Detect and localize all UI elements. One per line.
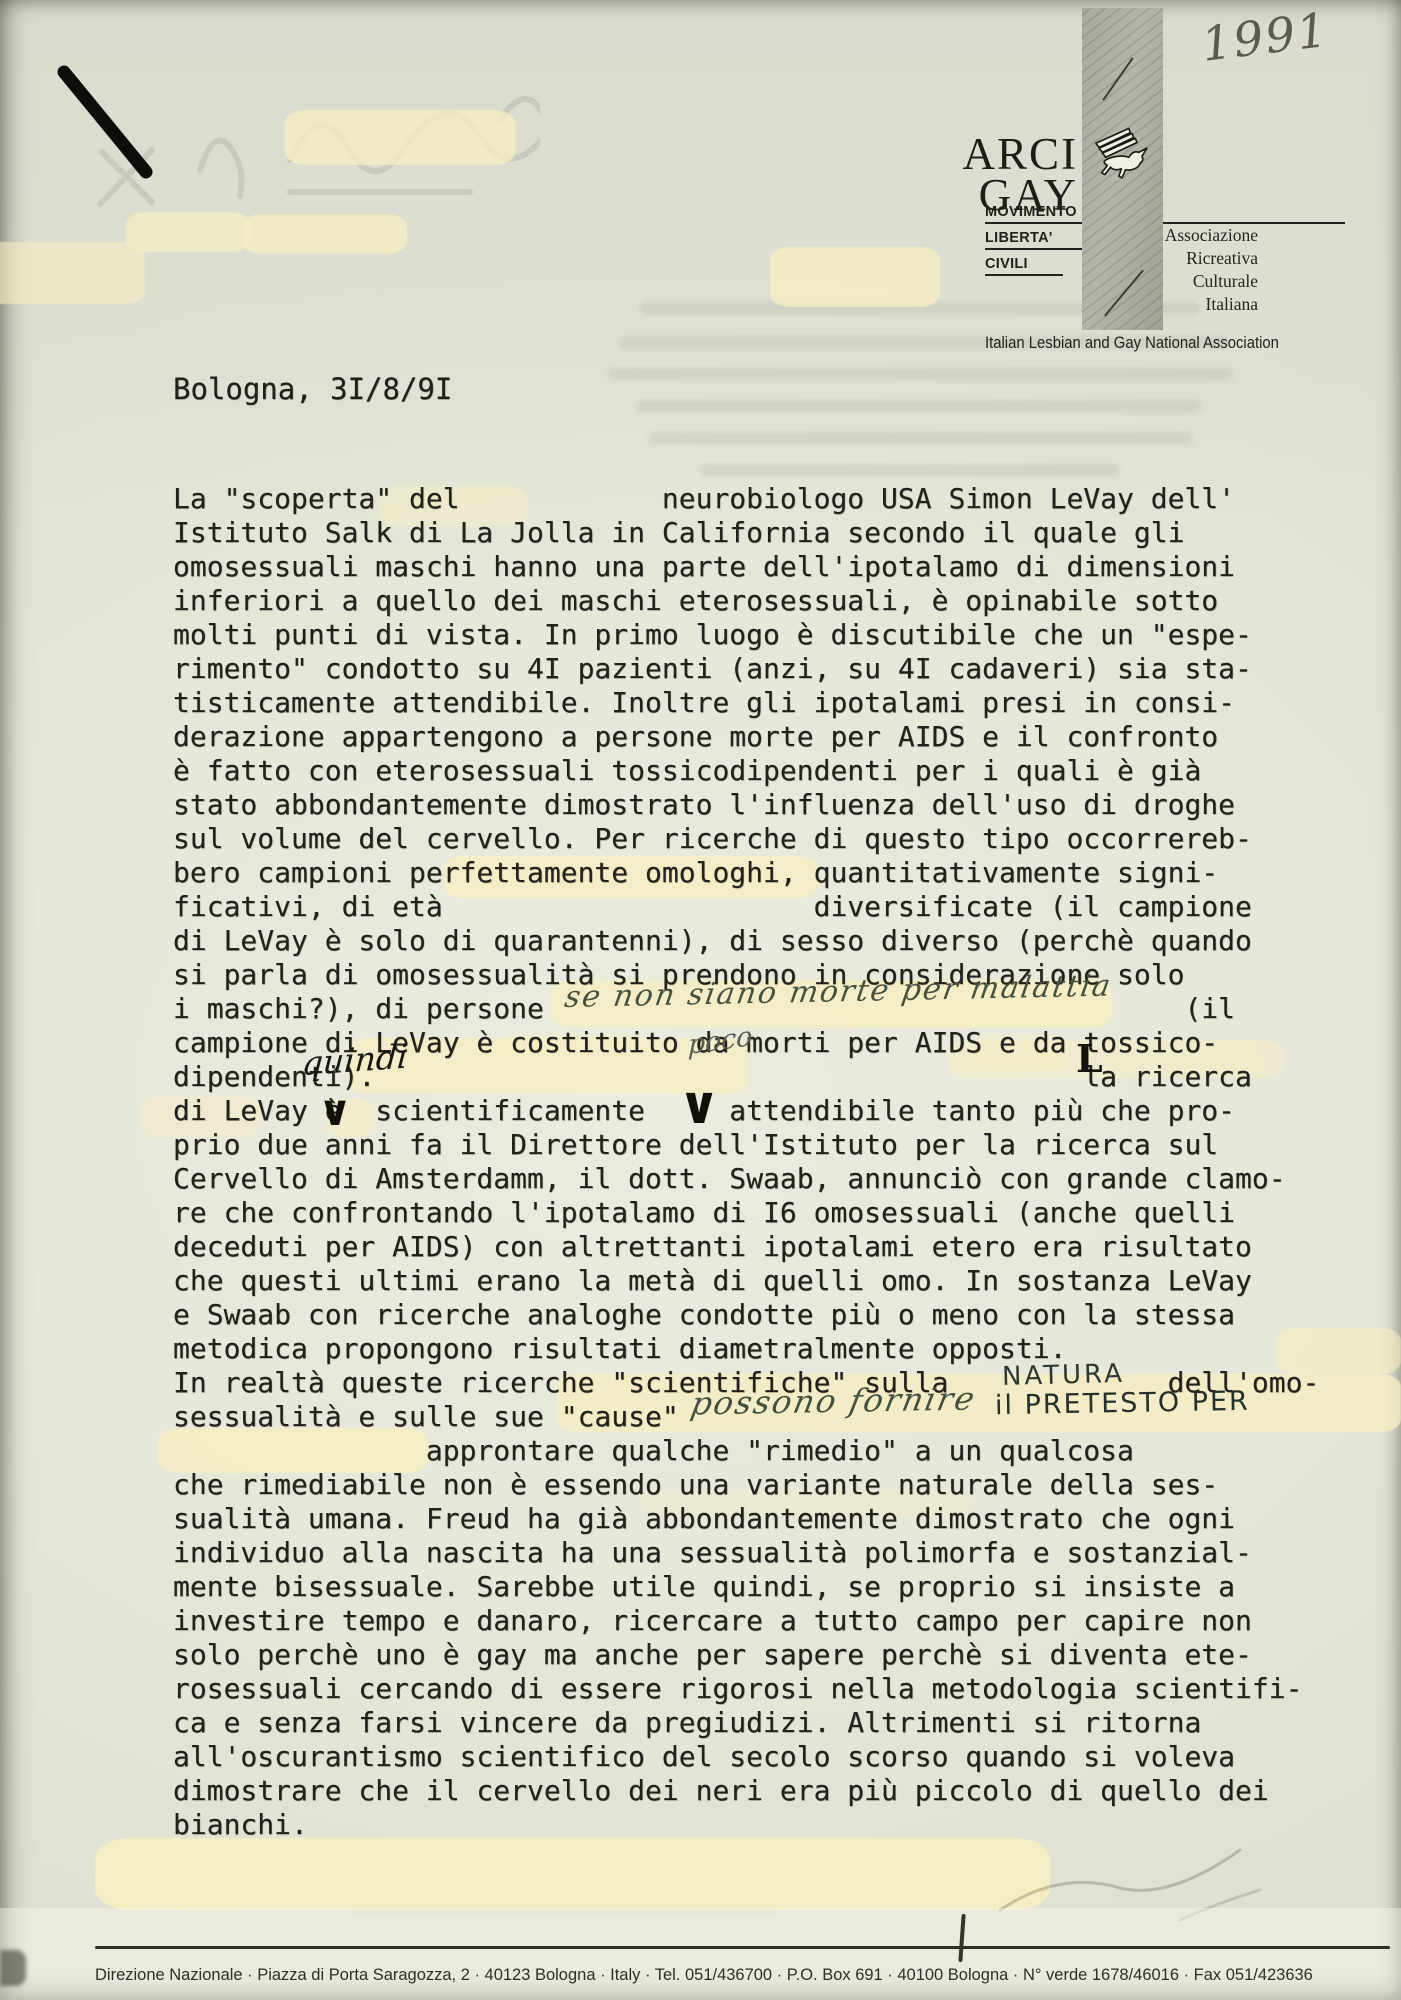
movement-line: LIBERTA' bbox=[985, 230, 1085, 250]
typed-line: di LeVay è solo di quarantenni), di sess… bbox=[173, 924, 1319, 958]
typed-line: Istituto Salk di La Jolla in California … bbox=[173, 516, 1319, 550]
typed-line: rosessuali cercando di essere rigorosi n… bbox=[173, 1672, 1319, 1706]
handwritten-quindi: quindi bbox=[301, 1036, 409, 1083]
english-subtitle: Italian Lesbian and Gay National Associa… bbox=[985, 334, 1279, 353]
whiteout-mark bbox=[126, 212, 251, 252]
typed-line: che rimediabile non è essendo una varian… bbox=[173, 1468, 1319, 1502]
typed-line: Cervello di Amsterdamm, il dott. Swaab, … bbox=[173, 1162, 1319, 1196]
handwritten-cause-caps: il PRETESTO PER bbox=[995, 1386, 1250, 1421]
typed-line: approntare qualche "rimedio" a un qualco… bbox=[173, 1434, 1319, 1468]
whiteout-mark bbox=[770, 247, 940, 307]
movement-labels: MOVIMENTO LIBERTA' CIVILI bbox=[985, 204, 1085, 282]
association-line: Associazione bbox=[1140, 224, 1258, 247]
typed-line: sul volume del cervello. Per ricerche di… bbox=[173, 822, 1319, 856]
org-name-line1: ARCI bbox=[930, 134, 1078, 175]
footer-address: Direzione Nazionale · Piazza di Porta Sa… bbox=[95, 1965, 1313, 1985]
insertion-caret: ∨ bbox=[678, 1076, 720, 1136]
typed-line: La "scoperta" del neurobiologo USA Simon… bbox=[173, 482, 1319, 516]
typed-line: ficativi, di età diversificate (il campi… bbox=[173, 890, 1319, 924]
bleedthrough-line bbox=[648, 432, 1193, 445]
bleedthrough-line bbox=[636, 400, 1201, 413]
typed-line: sualità umana. Freud ha già abbondanteme… bbox=[173, 1502, 1319, 1536]
pegasus-icon bbox=[1086, 118, 1160, 190]
typed-line: stato abbondantemente dimostrato l'influ… bbox=[173, 788, 1319, 822]
typed-line: bero campioni perfettamente omologhi, qu… bbox=[173, 856, 1319, 890]
association-line: Ricreativa bbox=[1140, 247, 1258, 270]
association-line: Italiana bbox=[1140, 293, 1258, 316]
typed-line: rimento" condotto su 4I pazienti (anzi, … bbox=[173, 652, 1319, 686]
letter-body: La "scoperta" del neurobiologo USA Simon… bbox=[173, 482, 1319, 1842]
association-name: Associazione Ricreativa Culturale Italia… bbox=[1140, 224, 1258, 316]
whiteout-mark bbox=[242, 214, 407, 254]
typed-line: individuo alla nascita ha una sessualità… bbox=[173, 1536, 1319, 1570]
whiteout-mark bbox=[0, 242, 145, 304]
typed-line: inferiori a quello dei maschi eterosessu… bbox=[173, 584, 1319, 618]
scanned-letter-page: ARCI GAY MOVIMENTO LIBERTA' CIVILI Assoc… bbox=[0, 0, 1401, 2000]
typed-line: derazione appartengono a persone morte p… bbox=[173, 720, 1319, 754]
typed-line: metodica propongono risultati diametralm… bbox=[173, 1332, 1319, 1366]
handwritten-year: 1991 bbox=[1199, 3, 1332, 73]
footer-rule bbox=[95, 1946, 1390, 1949]
movement-line: CIVILI bbox=[985, 256, 1063, 276]
footer-strip bbox=[0, 1908, 1401, 2000]
bleedthrough-line bbox=[700, 464, 1120, 477]
association-line: Culturale bbox=[1140, 270, 1258, 293]
handwritten-cause-insert: possono fornireil PRETESTO PER bbox=[692, 1382, 1250, 1420]
typed-line: e Swaab con ricerche analoghe condotte p… bbox=[173, 1298, 1319, 1332]
movement-line: MOVIMENTO bbox=[985, 204, 1085, 224]
typed-line: tisticamente attendibile. Inoltre gli ip… bbox=[173, 686, 1319, 720]
typed-line: dimostrare che il cervello dei neri era … bbox=[173, 1774, 1319, 1808]
typed-line: omosessuali maschi hanno una parte dell'… bbox=[173, 550, 1319, 584]
typed-line: ca e senza farsi vincere da pregiudizi. … bbox=[173, 1706, 1319, 1740]
dateline: Bologna, 3I/8/9I bbox=[173, 372, 452, 406]
handwritten-capital-l: L bbox=[1076, 1036, 1103, 1081]
typed-line: è fatto con eterosessuali tossicodipende… bbox=[173, 754, 1319, 788]
insertion-caret: ∨ bbox=[318, 1086, 352, 1135]
typed-line: solo perchè uno è gay ma anche per saper… bbox=[173, 1638, 1319, 1672]
typed-line: deceduti per AIDS) con altrettanti ipota… bbox=[173, 1230, 1319, 1264]
bleedthrough-line bbox=[608, 368, 1233, 381]
whiteout-mark bbox=[95, 1838, 1050, 1910]
typed-line: investire tempo e danaro, ricercare a tu… bbox=[173, 1604, 1319, 1638]
typed-line: all'oscurantismo scientifico del secolo … bbox=[173, 1740, 1319, 1774]
scan-smudge bbox=[0, 1950, 26, 1986]
typed-line: re che confrontando l'ipotalamo di I6 om… bbox=[173, 1196, 1319, 1230]
typed-line: molti punti di vista. In primo luogo è d… bbox=[173, 618, 1319, 652]
typed-line: mente bisessuale. Sarebbe utile quindi, … bbox=[173, 1570, 1319, 1604]
whiteout-mark bbox=[285, 110, 515, 165]
handwritten-cause-cursive: possono fornire bbox=[688, 1380, 980, 1423]
typed-line: bianchi. bbox=[173, 1808, 1319, 1842]
typed-line: che questi ultimi erano la metà di quell… bbox=[173, 1264, 1319, 1298]
